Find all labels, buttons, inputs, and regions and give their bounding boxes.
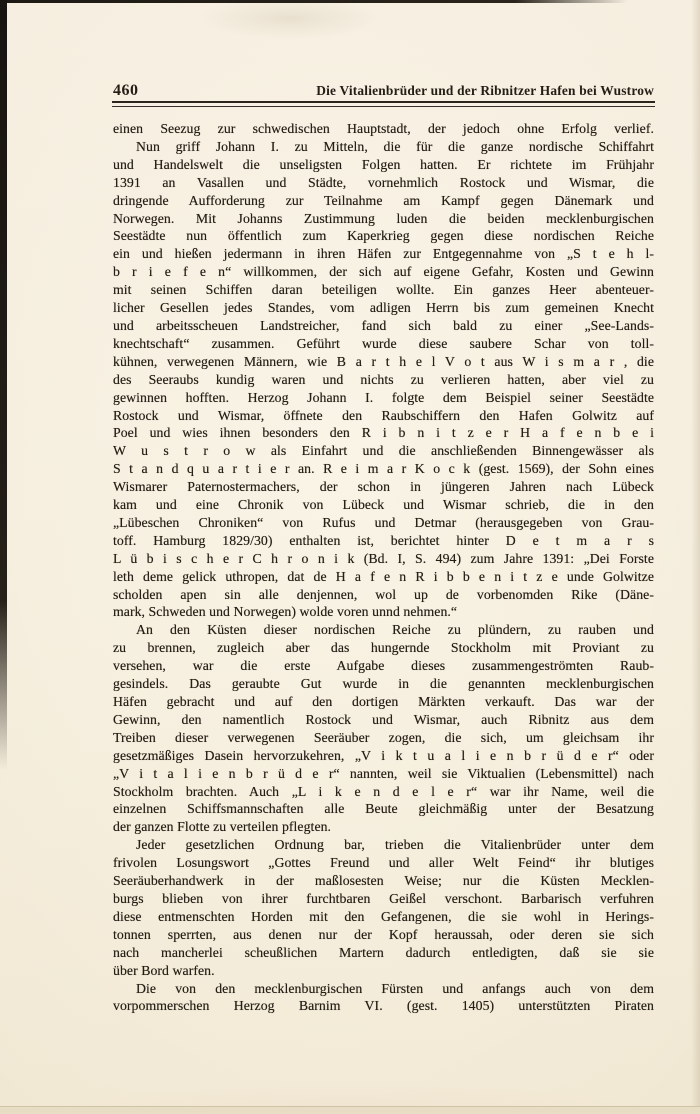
- text-line: Gewinn, den namentlich Rostock und Wisma…: [113, 711, 654, 729]
- running-header-title: Die Vitalienbrüder und der Ribnitzer Haf…: [316, 83, 654, 99]
- header-rule-thick: [112, 101, 655, 103]
- header-rule-thin: [112, 106, 655, 107]
- text-line: einzelnen Schiffsmannschaften alle Beute…: [113, 800, 654, 818]
- text-line: Seeräuberhandwerk in der maßlosesten Wei…: [113, 872, 654, 890]
- text-line: Häfen gebracht und auf den dortigen Märk…: [113, 693, 654, 711]
- text-line: einen Seezug zur schwedischen Hauptstadt…: [113, 120, 654, 138]
- text-line: „Lübeschen Chroniken“ von Rufus und Detm…: [113, 514, 654, 532]
- text-line: Rostock und Wismar, öffnete den Raubschi…: [113, 407, 654, 425]
- text-line: tonnen sperrten, aus denen nur der Kopf …: [113, 926, 654, 944]
- running-header: 460 Die Vitalienbrüder und der Ribnitzer…: [113, 82, 654, 100]
- scan-edge-top: [0, 0, 628, 3]
- text-line: „V i t a l i e n b r ü d e r“ nannten, w…: [113, 765, 654, 783]
- text-line: scholden apen sin alle denjennen, wol up…: [113, 586, 654, 604]
- text-line: kam und eine Chronik von Lübeck und Wism…: [113, 496, 654, 514]
- text-line: licher Gesellen jedes Standes, vom adlig…: [113, 299, 654, 317]
- text-line: nach mancherlei scheußlichen Martern dad…: [113, 944, 654, 962]
- text-line: b r i e f e n“ willkommen, der sich auf …: [113, 263, 654, 281]
- text-line: Wismarer Paternostermachers, der schon i…: [113, 478, 654, 496]
- text-line: Norwegen. Mit Johanns Zustimmung luden d…: [113, 210, 654, 228]
- text-line: leth deme gelick uthropen, dat de H a f …: [113, 568, 654, 586]
- text-line: Stockholm brachten. Auch „L i k e n d e …: [113, 783, 654, 801]
- text-line: Die von den mecklenburgischen Fürsten un…: [113, 980, 654, 998]
- text-line: dringende Aufforderung zur Teilnahme am …: [113, 192, 654, 210]
- scanned-book-page: 460 Die Vitalienbrüder und der Ribnitzer…: [0, 0, 700, 1114]
- text-block: einen Seezug zur schwedischen Hauptstadt…: [113, 120, 654, 1015]
- text-line: mit seinen Schiffen daran beteiligen wol…: [113, 281, 654, 299]
- scan-edge-left: [0, 0, 7, 770]
- text-line: gesindels. Das geraubte Gut wurde in die…: [113, 675, 654, 693]
- text-line: kühnen, verwegenen Männern, wie B a r t …: [113, 353, 654, 371]
- text-line: diese entmenschten Horden mit den Gefang…: [113, 908, 654, 926]
- text-line: 1391 an Vasallen und Städte, vornehmlich…: [113, 174, 654, 192]
- page-number: 460: [113, 82, 139, 100]
- text-line: gesetzmäßiges Dasein hervorzukehren, „V …: [113, 747, 654, 765]
- text-line: Treiben dieser verwegenen Seeräuber zoge…: [113, 729, 654, 747]
- text-line: L ü b i s c h e r C h r o n i k (Bd. I, …: [113, 550, 654, 568]
- text-line: zu brennen, zugleich aber das hungernde …: [113, 639, 654, 657]
- text-line: ein und hießen jedermann in ihren Häfen …: [113, 245, 654, 263]
- text-line: Poel und wies ihnen besonders den R i b …: [113, 424, 654, 442]
- text-line: gewinnen hofften. Herzog Johann I. folgt…: [113, 389, 654, 407]
- text-line: frivolen Losungswort „Gottes Freund und …: [113, 854, 654, 872]
- text-line: toff. Hamburg 1829/30) enthalten ist, be…: [113, 532, 654, 550]
- text-line: S t a n d q u a r t i e r an. R e i m a …: [113, 460, 654, 478]
- text-line: knechtschaft“ zusammen. Geführt wurde di…: [113, 335, 654, 353]
- text-line: mark, Schweden und Norwegen) wolde voren…: [113, 603, 654, 621]
- text-line: Seestädte nun öffentlich zum Kaperkrieg …: [113, 227, 654, 245]
- text-line: Jeder gesetzlichen Ordnung bar, trieben …: [113, 836, 654, 854]
- text-line: über Bord warfen.: [113, 962, 654, 980]
- text-line: versehen, war die erste Aufgabe dieses z…: [113, 657, 654, 675]
- text-line: Nun griff Johann I. zu Mitteln, die für …: [113, 138, 654, 156]
- text-line: und Handelswelt die unseligsten Folgen h…: [113, 156, 654, 174]
- text-line: der ganzen Flotte zu verteilen pflegten.: [113, 818, 654, 836]
- scan-edge-bottom: [0, 1106, 700, 1114]
- text-line: burgs blieben von ihrer furchtbaren Geiß…: [113, 890, 654, 908]
- text-line: An den Küsten dieser nordischen Reiche z…: [113, 621, 654, 639]
- text-line: vorpommerschen Herzog Barnim VI. (gest. …: [113, 997, 654, 1015]
- text-line: des Seeraubs kundig waren und nichts zu …: [113, 371, 654, 389]
- scan-edge-right: [691, 0, 700, 1114]
- text-line: und arbeitsscheuen Landstreicher, fand s…: [113, 317, 654, 335]
- text-line: W u s t r o w als Einfahrt und die ansch…: [113, 442, 654, 460]
